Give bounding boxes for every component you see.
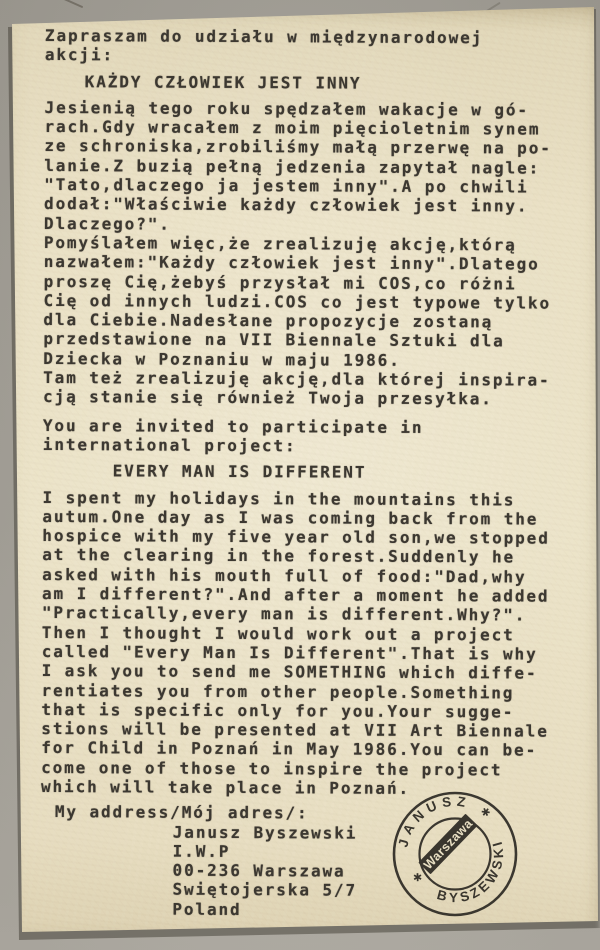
english-title: EVERY MAN IS DIFFERENT	[43, 461, 563, 483]
byszewski-rubber-stamp: JANUSZ ✱ BYSZEWSKI ✱ Warszawa	[380, 783, 530, 923]
svg-text:✱: ✱	[478, 805, 493, 821]
stamp-star-icon: ✱	[409, 870, 425, 885]
polish-title: KAŻDY CZŁOWIEK JEST INNY	[45, 72, 565, 94]
english-body: I spent my holidays in the mountains thi…	[41, 488, 563, 799]
english-intro: You are invited to participate in intern…	[43, 416, 563, 457]
svg-text:✱: ✱	[409, 870, 425, 885]
stamp-star-icon: ✱	[478, 805, 493, 821]
polish-intro: Zapraszam do udziału w międzynarodowej a…	[45, 26, 565, 67]
letter-paper: Zapraszam do udziału w międzynarodowej a…	[0, 0, 600, 950]
stamp-city-banner: Warszawa	[418, 814, 477, 875]
cardboard-crease-mark	[59, 0, 84, 8]
polish-body: Jesienią tego roku spędzałem wakacje w g…	[43, 98, 565, 409]
photo-cardboard-background: Zapraszam do udziału w międzynarodowej a…	[0, 0, 600, 950]
stamp-city-label: Warszawa	[421, 816, 476, 872]
